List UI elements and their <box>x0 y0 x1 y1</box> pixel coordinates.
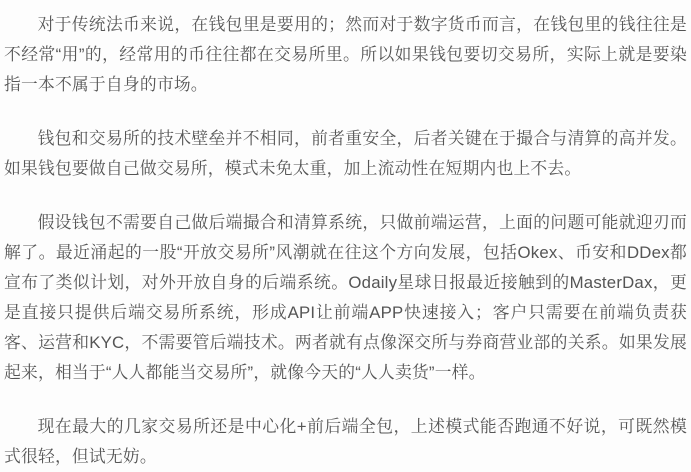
paragraph-technical-barriers: 钱包和交易所的技术壁垒并不相同，前者重安全，后者关键在于撮合与清算的高并发。如果… <box>4 124 687 184</box>
paragraph-wallet-vs-exchange-intro: 对于传统法币来说，在钱包里是要用的；然而对于数字货币而言，在钱包里的钱往往是不经… <box>4 10 687 100</box>
article-body: 对于传统法币来说，在钱包里是要用的；然而对于数字货币而言，在钱包里的钱往往是不经… <box>0 0 691 472</box>
paragraph-conclusion: 现在最大的几家交易所还是中心化+前后端全包，上述模式能否跑通不好说，可既然模式很… <box>4 412 687 472</box>
paragraph-open-exchange-trend: 假设钱包不需要自己做后端撮合和清算系统，只做前端运营，上面的问题可能就迎刃而解了… <box>4 208 687 388</box>
